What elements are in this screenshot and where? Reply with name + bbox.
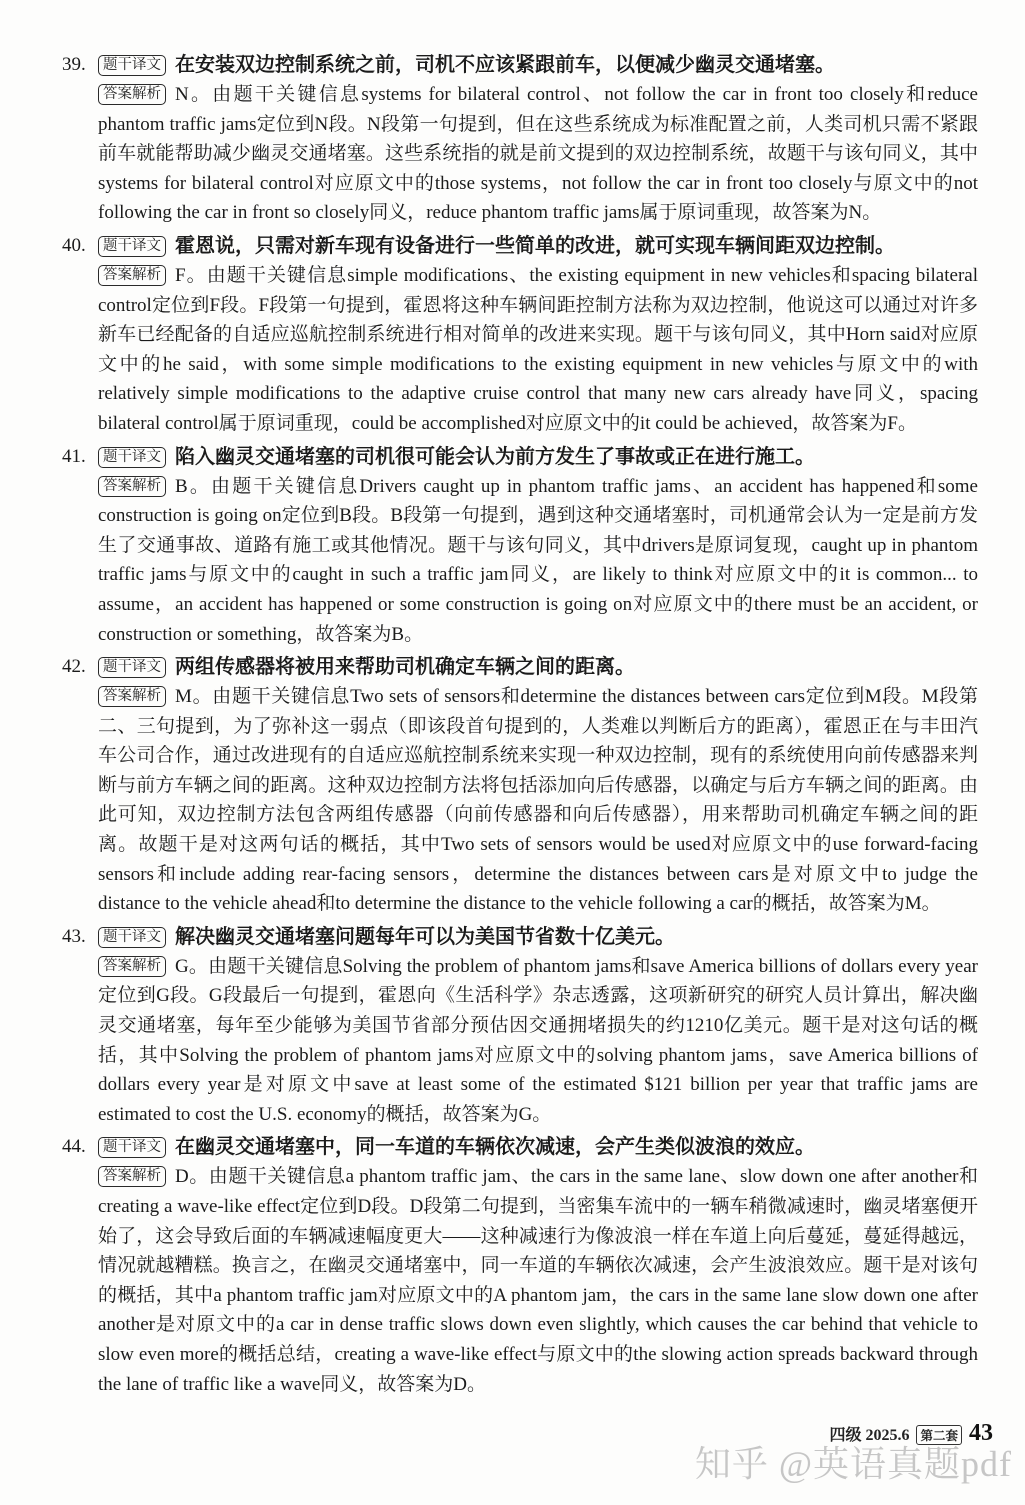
answer-analysis-badge: 答案解析 bbox=[98, 265, 166, 286]
answer-analysis-line: 答案解析D。由题干关键信息a phantom traffic jam、the c… bbox=[98, 1162, 978, 1399]
stem-translation-text: 霍恩说，只需对新车现有设备进行一些简单的改进，就可实现车辆间距双边控制。 bbox=[175, 235, 895, 257]
answer-analysis-line: 答案解析F。由题干关键信息simple modifications、the ex… bbox=[98, 261, 978, 439]
answer-analysis-badge: 答案解析 bbox=[98, 84, 166, 105]
stem-translation-text: 在幽灵交通堵塞中，同一车道的车辆依次减速，会产生类似波浪的效应。 bbox=[175, 1136, 815, 1158]
question-body: 题干译文在幽灵交通堵塞中，同一车道的车辆依次减速，会产生类似波浪的效应。 答案解… bbox=[98, 1132, 978, 1399]
stem-translation-line: 题干译文霍恩说，只需对新车现有设备进行一些简单的改进，就可实现车辆间距双边控制。 bbox=[98, 231, 978, 261]
answer-analysis-text: M。由题干关键信息Two sets of sensors和determine t… bbox=[98, 686, 978, 914]
stem-translation-line: 题干译文在幽灵交通堵塞中，同一车道的车辆依次减速，会产生类似波浪的效应。 bbox=[98, 1132, 978, 1162]
stem-translation-badge: 题干译文 bbox=[98, 55, 166, 76]
question-number: 41. bbox=[62, 442, 98, 650]
question-number: 43. bbox=[62, 922, 98, 1130]
question-item: 42. 题干译文两组传感器将被用来帮助司机确定车辆之间的距离。 答案解析M。由题… bbox=[62, 652, 978, 919]
question-item: 43. 题干译文解决幽灵交通堵塞问题每年可以为美国节省数十亿美元。 答案解析G。… bbox=[62, 922, 978, 1130]
question-body: 题干译文陷入幽灵交通堵塞的司机很可能会认为前方发生了事故或正在进行施工。 答案解… bbox=[98, 442, 978, 650]
exam-set-badge: 第二套 bbox=[916, 1425, 962, 1445]
answer-analysis-line: 答案解析M。由题干关键信息Two sets of sensors和determi… bbox=[98, 682, 978, 919]
stem-translation-text: 两组传感器将被用来帮助司机确定车辆之间的距离。 bbox=[175, 656, 635, 678]
question-item: 44. 题干译文在幽灵交通堵塞中，同一车道的车辆依次减速，会产生类似波浪的效应。… bbox=[62, 1132, 978, 1399]
answer-analysis-text: B。由题干关键信息Drivers caught up in phantom tr… bbox=[98, 476, 978, 645]
stem-translation-line: 题干译文两组传感器将被用来帮助司机确定车辆之间的距离。 bbox=[98, 652, 978, 682]
stem-translation-badge: 题干译文 bbox=[98, 657, 166, 678]
question-number: 40. bbox=[62, 231, 98, 439]
answer-analysis-line: 答案解析G。由题干关键信息Solving the problem of phan… bbox=[98, 952, 978, 1130]
answer-analysis-text: N。由题干关键信息systems for bilateral control、n… bbox=[98, 84, 978, 223]
question-number: 42. bbox=[62, 652, 98, 919]
stem-translation-text: 陷入幽灵交通堵塞的司机很可能会认为前方发生了事故或正在进行施工。 bbox=[175, 446, 815, 468]
question-body: 题干译文在安装双边控制系统之前，司机不应该紧跟前车，以便减少幽灵交通堵塞。 答案… bbox=[98, 50, 978, 228]
question-number: 44. bbox=[62, 1132, 98, 1399]
answer-analysis-text: F。由题干关键信息simple modifications、the existi… bbox=[98, 265, 978, 434]
answer-analysis-badge: 答案解析 bbox=[98, 686, 166, 707]
stem-translation-text: 解决幽灵交通堵塞问题每年可以为美国节省数十亿美元。 bbox=[175, 926, 675, 948]
question-number: 39. bbox=[62, 50, 98, 228]
stem-translation-badge: 题干译文 bbox=[98, 236, 166, 257]
answer-sheet-page: 39. 题干译文在安装双边控制系统之前，司机不应该紧跟前车，以便减少幽灵交通堵塞… bbox=[0, 0, 1025, 1505]
page-number: 43 bbox=[969, 1420, 993, 1447]
page-footer: 四级 2025.6 第二套 43 bbox=[829, 1420, 993, 1447]
answer-analysis-badge: 答案解析 bbox=[98, 956, 166, 977]
stem-translation-badge: 题干译文 bbox=[98, 1137, 166, 1158]
stem-translation-text: 在安装双边控制系统之前，司机不应该紧跟前车，以便减少幽灵交通堵塞。 bbox=[175, 54, 835, 76]
answer-analysis-badge: 答案解析 bbox=[98, 476, 166, 497]
question-body: 题干译文霍恩说，只需对新车现有设备进行一些简单的改进，就可实现车辆间距双边控制。… bbox=[98, 231, 978, 439]
answer-analysis-line: 答案解析B。由题干关键信息Drivers caught up in phanto… bbox=[98, 472, 978, 650]
question-item: 40. 题干译文霍恩说，只需对新车现有设备进行一些简单的改进，就可实现车辆间距双… bbox=[62, 231, 978, 439]
question-body: 题干译文两组传感器将被用来帮助司机确定车辆之间的距离。 答案解析M。由题干关键信… bbox=[98, 652, 978, 919]
stem-translation-line: 题干译文陷入幽灵交通堵塞的司机很可能会认为前方发生了事故或正在进行施工。 bbox=[98, 442, 978, 472]
answer-analysis-text: G。由题干关键信息Solving the problem of phantom … bbox=[98, 956, 978, 1125]
answer-analysis-text: D。由题干关键信息a phantom traffic jam、the cars … bbox=[98, 1166, 978, 1394]
answer-explanations-list: 39. 题干译文在安装双边控制系统之前，司机不应该紧跟前车，以便减少幽灵交通堵塞… bbox=[62, 50, 978, 1402]
stem-translation-badge: 题干译文 bbox=[98, 927, 166, 948]
answer-analysis-badge: 答案解析 bbox=[98, 1166, 166, 1187]
question-body: 题干译文解决幽灵交通堵塞问题每年可以为美国节省数十亿美元。 答案解析G。由题干关… bbox=[98, 922, 978, 1130]
stem-translation-line: 题干译文解决幽灵交通堵塞问题每年可以为美国节省数十亿美元。 bbox=[98, 922, 978, 952]
answer-analysis-line: 答案解析N。由题干关键信息systems for bilateral contr… bbox=[98, 80, 978, 228]
question-item: 39. 题干译文在安装双边控制系统之前，司机不应该紧跟前车，以便减少幽灵交通堵塞… bbox=[62, 50, 978, 228]
question-item: 41. 题干译文陷入幽灵交通堵塞的司机很可能会认为前方发生了事故或正在进行施工。… bbox=[62, 442, 978, 650]
stem-translation-badge: 题干译文 bbox=[98, 447, 166, 468]
stem-translation-line: 题干译文在安装双边控制系统之前，司机不应该紧跟前车，以便减少幽灵交通堵塞。 bbox=[98, 50, 978, 80]
exam-edition-label: 四级 2025.6 bbox=[829, 1422, 909, 1445]
